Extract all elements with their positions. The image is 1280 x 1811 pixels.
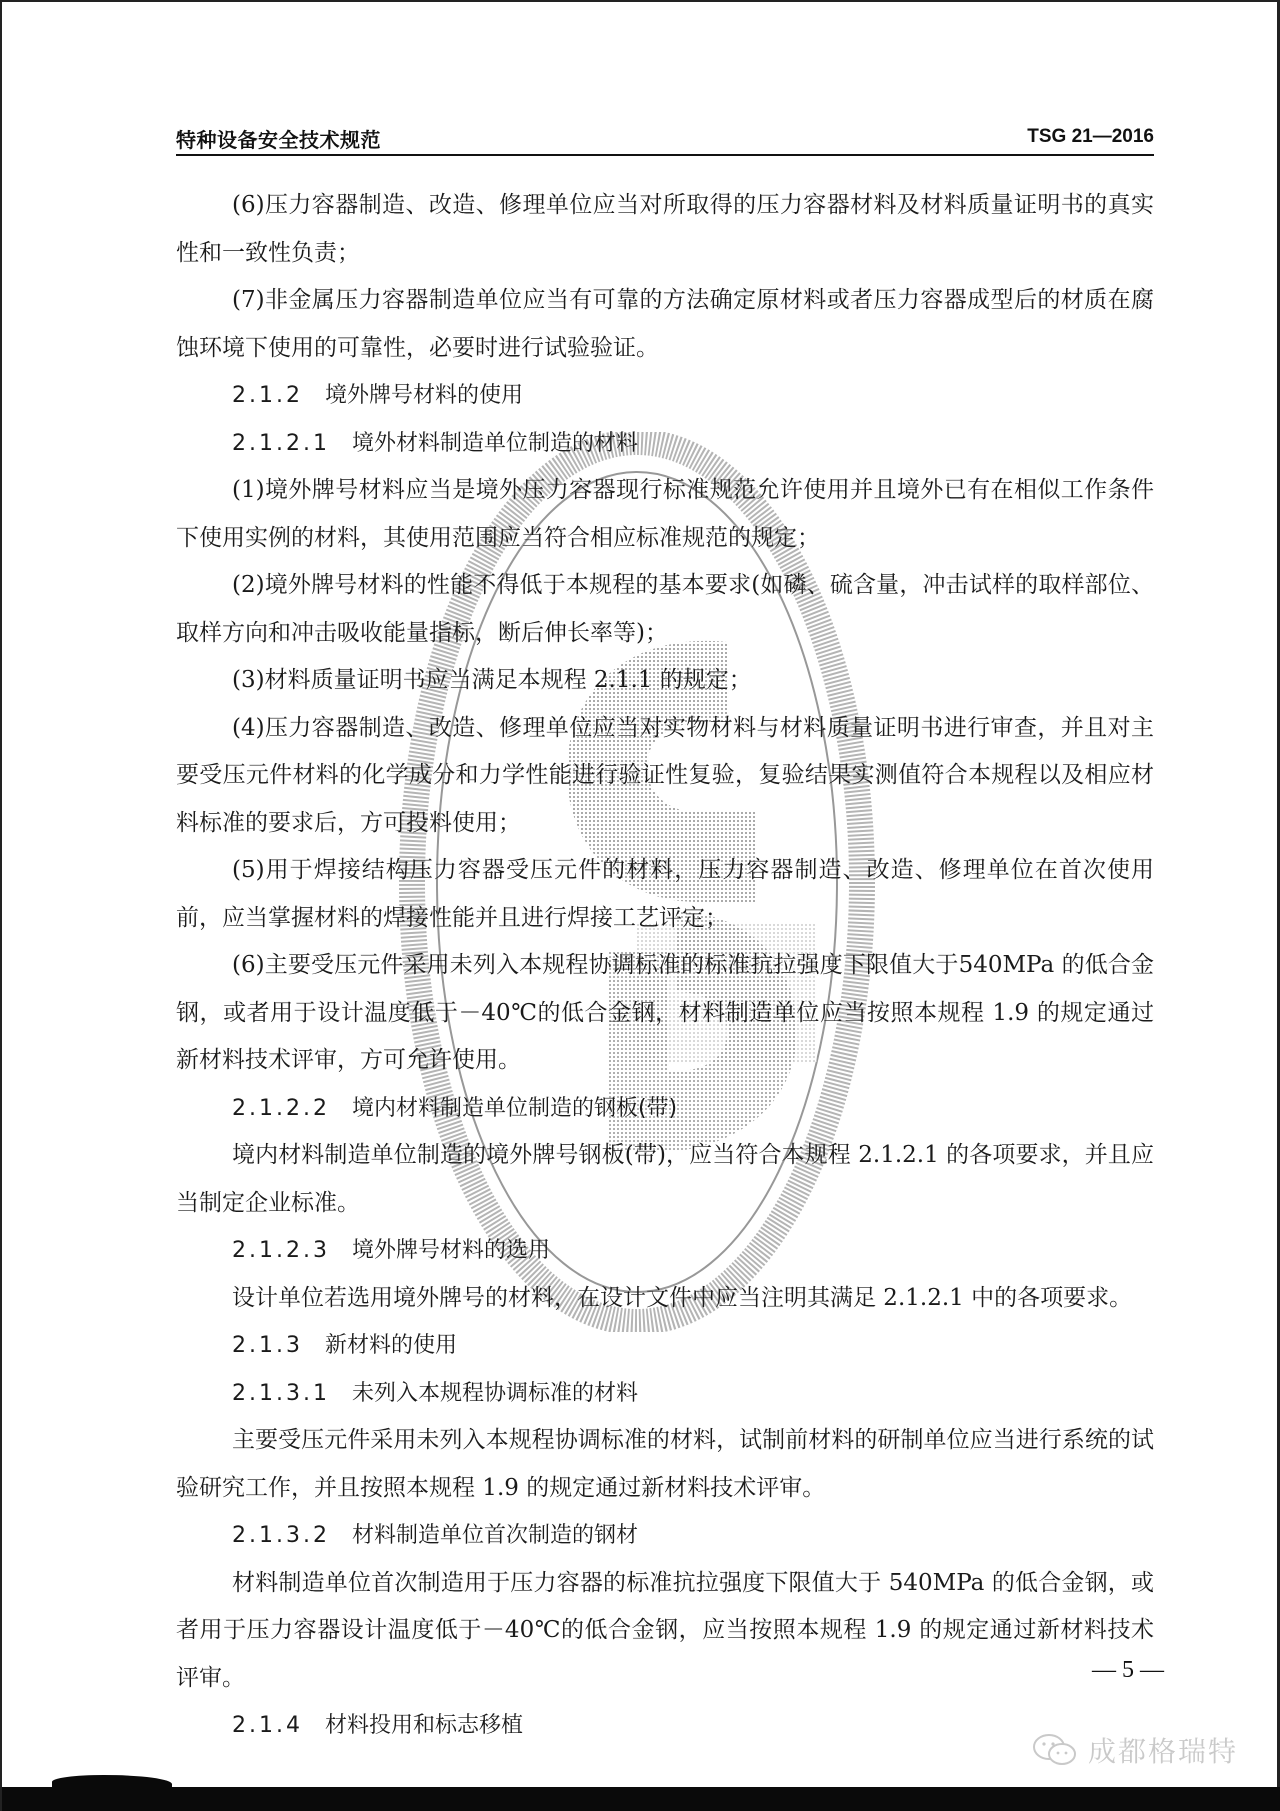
section-number: 2.1.4 (232, 1713, 303, 1738)
section-number: 2.1.3.2 (232, 1523, 330, 1548)
paragraph-item-7: (7)非金属压力容器制造单位应当有可靠的方法确定原材料或者压力容器成型后的材质在… (176, 277, 1154, 372)
wechat-icon (1032, 1733, 1078, 1767)
section-number: 2.1.3 (232, 1333, 303, 1358)
paragraph-design-selection: 设计单位若选用境外牌号的材料，在设计文件中应当注明其满足 2.1.2.1 中的各… (176, 1275, 1154, 1323)
paragraph-first-manufacture: 材料制造单位首次制造用于压力容器的标准抗拉强度下限值大于 540MPa 的低合金… (176, 1560, 1154, 1703)
paragraph-item-5: (5)用于焊接结构压力容器受压元件的材料，压力容器制造、改造、修理单位在首次使用… (176, 847, 1154, 942)
section-heading-2-1-2-1: 2.1.2.1境外材料制造单位制造的材料 (176, 420, 1154, 468)
section-title: 境外牌号材料的使用 (325, 383, 523, 408)
brand-name: 成都格瑞特 (1088, 1730, 1238, 1770)
section-heading-2-1-2: 2.1.2境外牌号材料的使用 (176, 372, 1154, 420)
document-body: (6)压力容器制造、改造、修理单位应当对所取得的压力容器材料及材料质量证明书的真… (176, 182, 1154, 1750)
header-standard-category: 特种设备安全技术规范 (176, 124, 381, 153)
header-standard-code: TSG 21—2016 (1027, 126, 1154, 148)
section-title: 境外材料制造单位制造的材料 (352, 431, 638, 456)
section-number: 2.1.2 (232, 383, 303, 408)
paragraph-unlisted-materials: 主要受压元件采用未列入本规程协调标准的材料，试制前材料的研制单位应当进行系统的试… (176, 1417, 1154, 1512)
paragraph-item-2: (2)境外牌号材料的性能不得低于本规程的基本要求(如磷、硫含量，冲击试样的取样部… (176, 562, 1154, 657)
paragraph-domestic-steel: 境内材料制造单位制造的境外牌号钢板(带)，应当符合本规程 2.1.2.1 的各项… (176, 1132, 1154, 1227)
paragraph-item-6: (6)压力容器制造、改造、修理单位应当对所取得的压力容器材料及材料质量证明书的真… (176, 182, 1154, 277)
section-title: 材料制造单位首次制造的钢材 (352, 1523, 638, 1548)
paragraph-item-6b: (6)主要受压元件采用未列入本规程协调标准的标准抗拉强度下限值大于540MPa … (176, 942, 1154, 1085)
page-header: 特种设备安全技术规范 TSG 21—2016 (176, 120, 1154, 156)
section-title: 未列入本规程协调标准的材料 (352, 1381, 638, 1406)
section-number: 2.1.3.1 (232, 1381, 330, 1406)
section-title: 境外牌号材料的选用 (352, 1238, 550, 1263)
brand-watermark: 成都格瑞特 (1032, 1730, 1238, 1770)
paragraph-item-3: (3)材料质量证明书应当满足本规程 2.1.1 的规定； (176, 657, 1154, 705)
section-heading-2-1-3: 2.1.3新材料的使用 (176, 1322, 1154, 1370)
section-heading-2-1-3-2: 2.1.3.2材料制造单位首次制造的钢材 (176, 1512, 1154, 1560)
section-number: 2.1.2.1 (232, 431, 330, 456)
section-number: 2.1.2.3 (232, 1238, 330, 1263)
paragraph-item-1: (1)境外牌号材料应当是境外压力容器现行标准规范允许使用并且境外已有在相似工作条… (176, 467, 1154, 562)
section-heading-2-1-4: 2.1.4材料投用和标志移植 (176, 1702, 1154, 1750)
section-title: 新材料的使用 (325, 1333, 457, 1358)
section-heading-2-1-2-3: 2.1.2.3境外牌号材料的选用 (176, 1227, 1154, 1275)
paragraph-item-4: (4)压力容器制造、改造、修理单位应当对实物材料与材料质量证明书进行审查，并且对… (176, 705, 1154, 848)
page-number: — 5 — (1092, 1657, 1164, 1684)
scan-bottom-border (2, 1787, 1280, 1811)
section-heading-2-1-3-1: 2.1.3.1未列入本规程协调标准的材料 (176, 1370, 1154, 1418)
document-page: 特种设备安全技术规范 TSG 21—2016 (6)压力容器制造、改造、修理单位… (0, 0, 1280, 1811)
section-heading-2-1-2-2: 2.1.2.2境内材料制造单位制造的钢板(带) (176, 1085, 1154, 1133)
section-title: 境内材料制造单位制造的钢板(带) (352, 1096, 677, 1121)
section-number: 2.1.2.2 (232, 1096, 330, 1121)
section-title: 材料投用和标志移植 (325, 1713, 523, 1738)
